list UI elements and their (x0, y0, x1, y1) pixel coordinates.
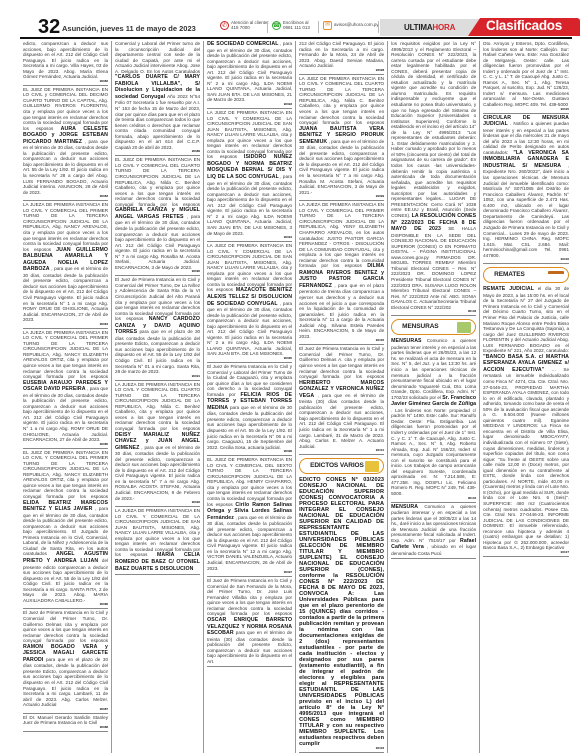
legal-notice: LA JUEZ DE PRIMERA INSTANCIA EN LO CIVIL… (207, 110, 292, 242)
notice-reference: 90092 (115, 501, 200, 504)
notice-reference: 90095 (207, 357, 292, 360)
classifieds-columns: edicto, comparezcan a deducir sus accion… (20, 41, 572, 753)
legal-notice: LA JUEZA DE PRIMERA INSTANCIA EN LO CIVI… (23, 330, 108, 449)
section-header-mensuras: MENSURAS (391, 319, 476, 335)
notice-reference: 90104 (391, 497, 476, 500)
column-6: Dto. Arroyos y Esteros, Dpto. Cordillera… (480, 41, 572, 753)
column-3: DE SOCIEDAD COMERCIAL , para que en el t… (204, 41, 296, 753)
notice-reference: 90082 (23, 80, 108, 83)
notice-reference: 90107 (483, 551, 569, 554)
edition-date: Asunción, jueves 11 de mayo de 2023 (62, 24, 196, 33)
notice-reference: 90094 (207, 236, 292, 239)
legal-notice: El Juez de Primera Instancia en lo Civil… (207, 578, 292, 667)
legal-notice: El Juez de Primera Instancia en lo Civil… (299, 346, 384, 455)
contact-phone: ✆ Atención al cliente:415 7000 (220, 21, 269, 31)
column-1: edicto, comparezcan a deducir sus accion… (20, 41, 112, 753)
section-label: REMATES (494, 272, 525, 278)
page-number: 32 (38, 17, 60, 37)
notice-reference: 90106 (483, 258, 569, 261)
section-label: EDICTOS VARIOS (310, 463, 364, 469)
legal-notice: 212 del Código Civil Paraguayo. El juici… (299, 41, 384, 75)
legal-notice: EL JUEZ DE PRIMERA INSTANCIA EN LO CIVIL… (207, 457, 292, 577)
legal-notice: LA JUEZA DE PRIMERA INSTANCIA EN LO CIVI… (23, 202, 108, 328)
notice-reference: 90103 (391, 310, 476, 313)
legal-notice: EL JUEZ DE PRIMERA INSTANCIA EN LO CIVIL… (23, 450, 108, 610)
notice-reference: 90083 (23, 195, 108, 198)
notice-reference: 90085 (23, 443, 108, 446)
notice-reference: 90093 (207, 103, 292, 106)
brand-logo: ULTIMAHORA (404, 23, 455, 32)
notice-reference: 90087 (23, 708, 108, 711)
legal-notice: Dto. Arroyos y Esteros, Dpto. Cordillera… (483, 41, 569, 114)
contact-whatsapp: ☎ Escribinos al0981 111 013 (272, 21, 310, 31)
notice-reference: 90105 (483, 108, 569, 111)
contact-email[interactable]: ✉ avisos@uhora.com.py (323, 21, 379, 30)
notice-reference: 90090 (115, 270, 200, 273)
legal-notice: LA JUEZ DE PRIMERA INSTANCIA EN LO CIVIL… (207, 243, 292, 363)
legal-notice: MENSURA Comunico a quienes pudieran inte… (391, 504, 476, 560)
legal-notice: El Juez de Primera Instancia en lo Civil… (115, 277, 200, 380)
legal-notice: EDICTO CONES N° 03/2023 CONSEJO NACIONAL… (299, 477, 384, 753)
notice-reference: 90099 (299, 195, 384, 198)
notice-reference: 90089 (115, 150, 200, 153)
legal-notice: LA JUEZA DE PRIMERA INSTANCIA EN LO CIVI… (115, 508, 200, 575)
phone-icon: ✆ (220, 21, 229, 30)
legal-notice: Comercial y Laboral del Primer turno de … (115, 41, 200, 156)
whatsapp-icon: ☎ (272, 21, 281, 30)
notice-reference: 90102 (299, 747, 384, 750)
section-header-remates: REMATES (483, 267, 569, 283)
section-header-edictos-varios: EDICTOS VARIOS (299, 458, 384, 474)
legal-notice: El Juez de Primera Instancia en lo Civil… (207, 364, 292, 456)
legal-notice: edicto, comparezcan a deducir sus accion… (23, 41, 108, 86)
edicto-text: EDICTO CONES N° 03/2023 CONSEJO NACIONAL… (299, 477, 384, 747)
column-4: 212 del Código Civil Paraguayo. El juici… (296, 41, 388, 753)
notice-reference: 90086 (23, 603, 108, 606)
document-icon (365, 461, 379, 472)
legal-notice: El Dr. Manuel Gerardo Sanlidin Stanley J… (23, 715, 108, 732)
legal-notice: EL JUEZ DE PRIMERA INSTANCIA EN LO CIVIL… (115, 157, 200, 276)
section-label: MENSURAS (402, 324, 438, 330)
page-header: 32 Asunción, jueves 11 de mayo de 2023 ✆… (0, 0, 580, 36)
column-2: Comercial y Laboral del Primer turno de … (112, 41, 204, 753)
notice-reference: 90100 (299, 339, 384, 342)
legal-notice: LA JUEZ DE PRIMERA INSTANCIA EN LO CIVIL… (299, 76, 384, 201)
legal-notice: LA JUEZA DE PRIMERA INSTANCIA EN LO CIVI… (299, 202, 384, 345)
notice-reference: 90097 (207, 571, 292, 574)
map-icon (457, 322, 471, 333)
notice-reference: 90088 (23, 726, 108, 729)
legal-notice: CIRCULAR DE MENSURA JUDICIAL . Notifico … (483, 115, 569, 265)
notice-reference: 90101 (299, 449, 384, 452)
email-icon: ✉ (323, 21, 332, 30)
notice-reference: 90091 (115, 375, 200, 378)
column-5: los requisitos exigidos por la Ley N° 49… (388, 41, 480, 753)
legal-notice: LA JUEZA DE PRIMERA INSTANCIA EN LO CIVI… (115, 382, 200, 507)
notice-reference: 90084 (23, 323, 108, 326)
legal-notice: MENSURAS Comunico a quienes pudieran ten… (391, 338, 476, 502)
legal-notice: EL JUEZ DE PRIMERA INSTANCIA EN LO CIVIL… (23, 87, 108, 201)
legal-notice: los requisitos exigidos por la Ley N° 49… (391, 41, 476, 316)
gavel-icon (548, 271, 564, 279)
section-title: Clasificados (486, 18, 562, 33)
notice-reference: 90098 (299, 69, 384, 72)
header-rule (20, 37, 572, 39)
legal-notice: REMATE JUDICIAL el día 30 de Mayo de 202… (483, 286, 569, 557)
legal-notice: DE SOCIEDAD COMERCIAL , para que en el t… (207, 41, 292, 109)
legal-notice: El Juez de Primera Instancia en lo Civil… (23, 610, 108, 713)
notice-reference: 90096 (207, 450, 292, 453)
